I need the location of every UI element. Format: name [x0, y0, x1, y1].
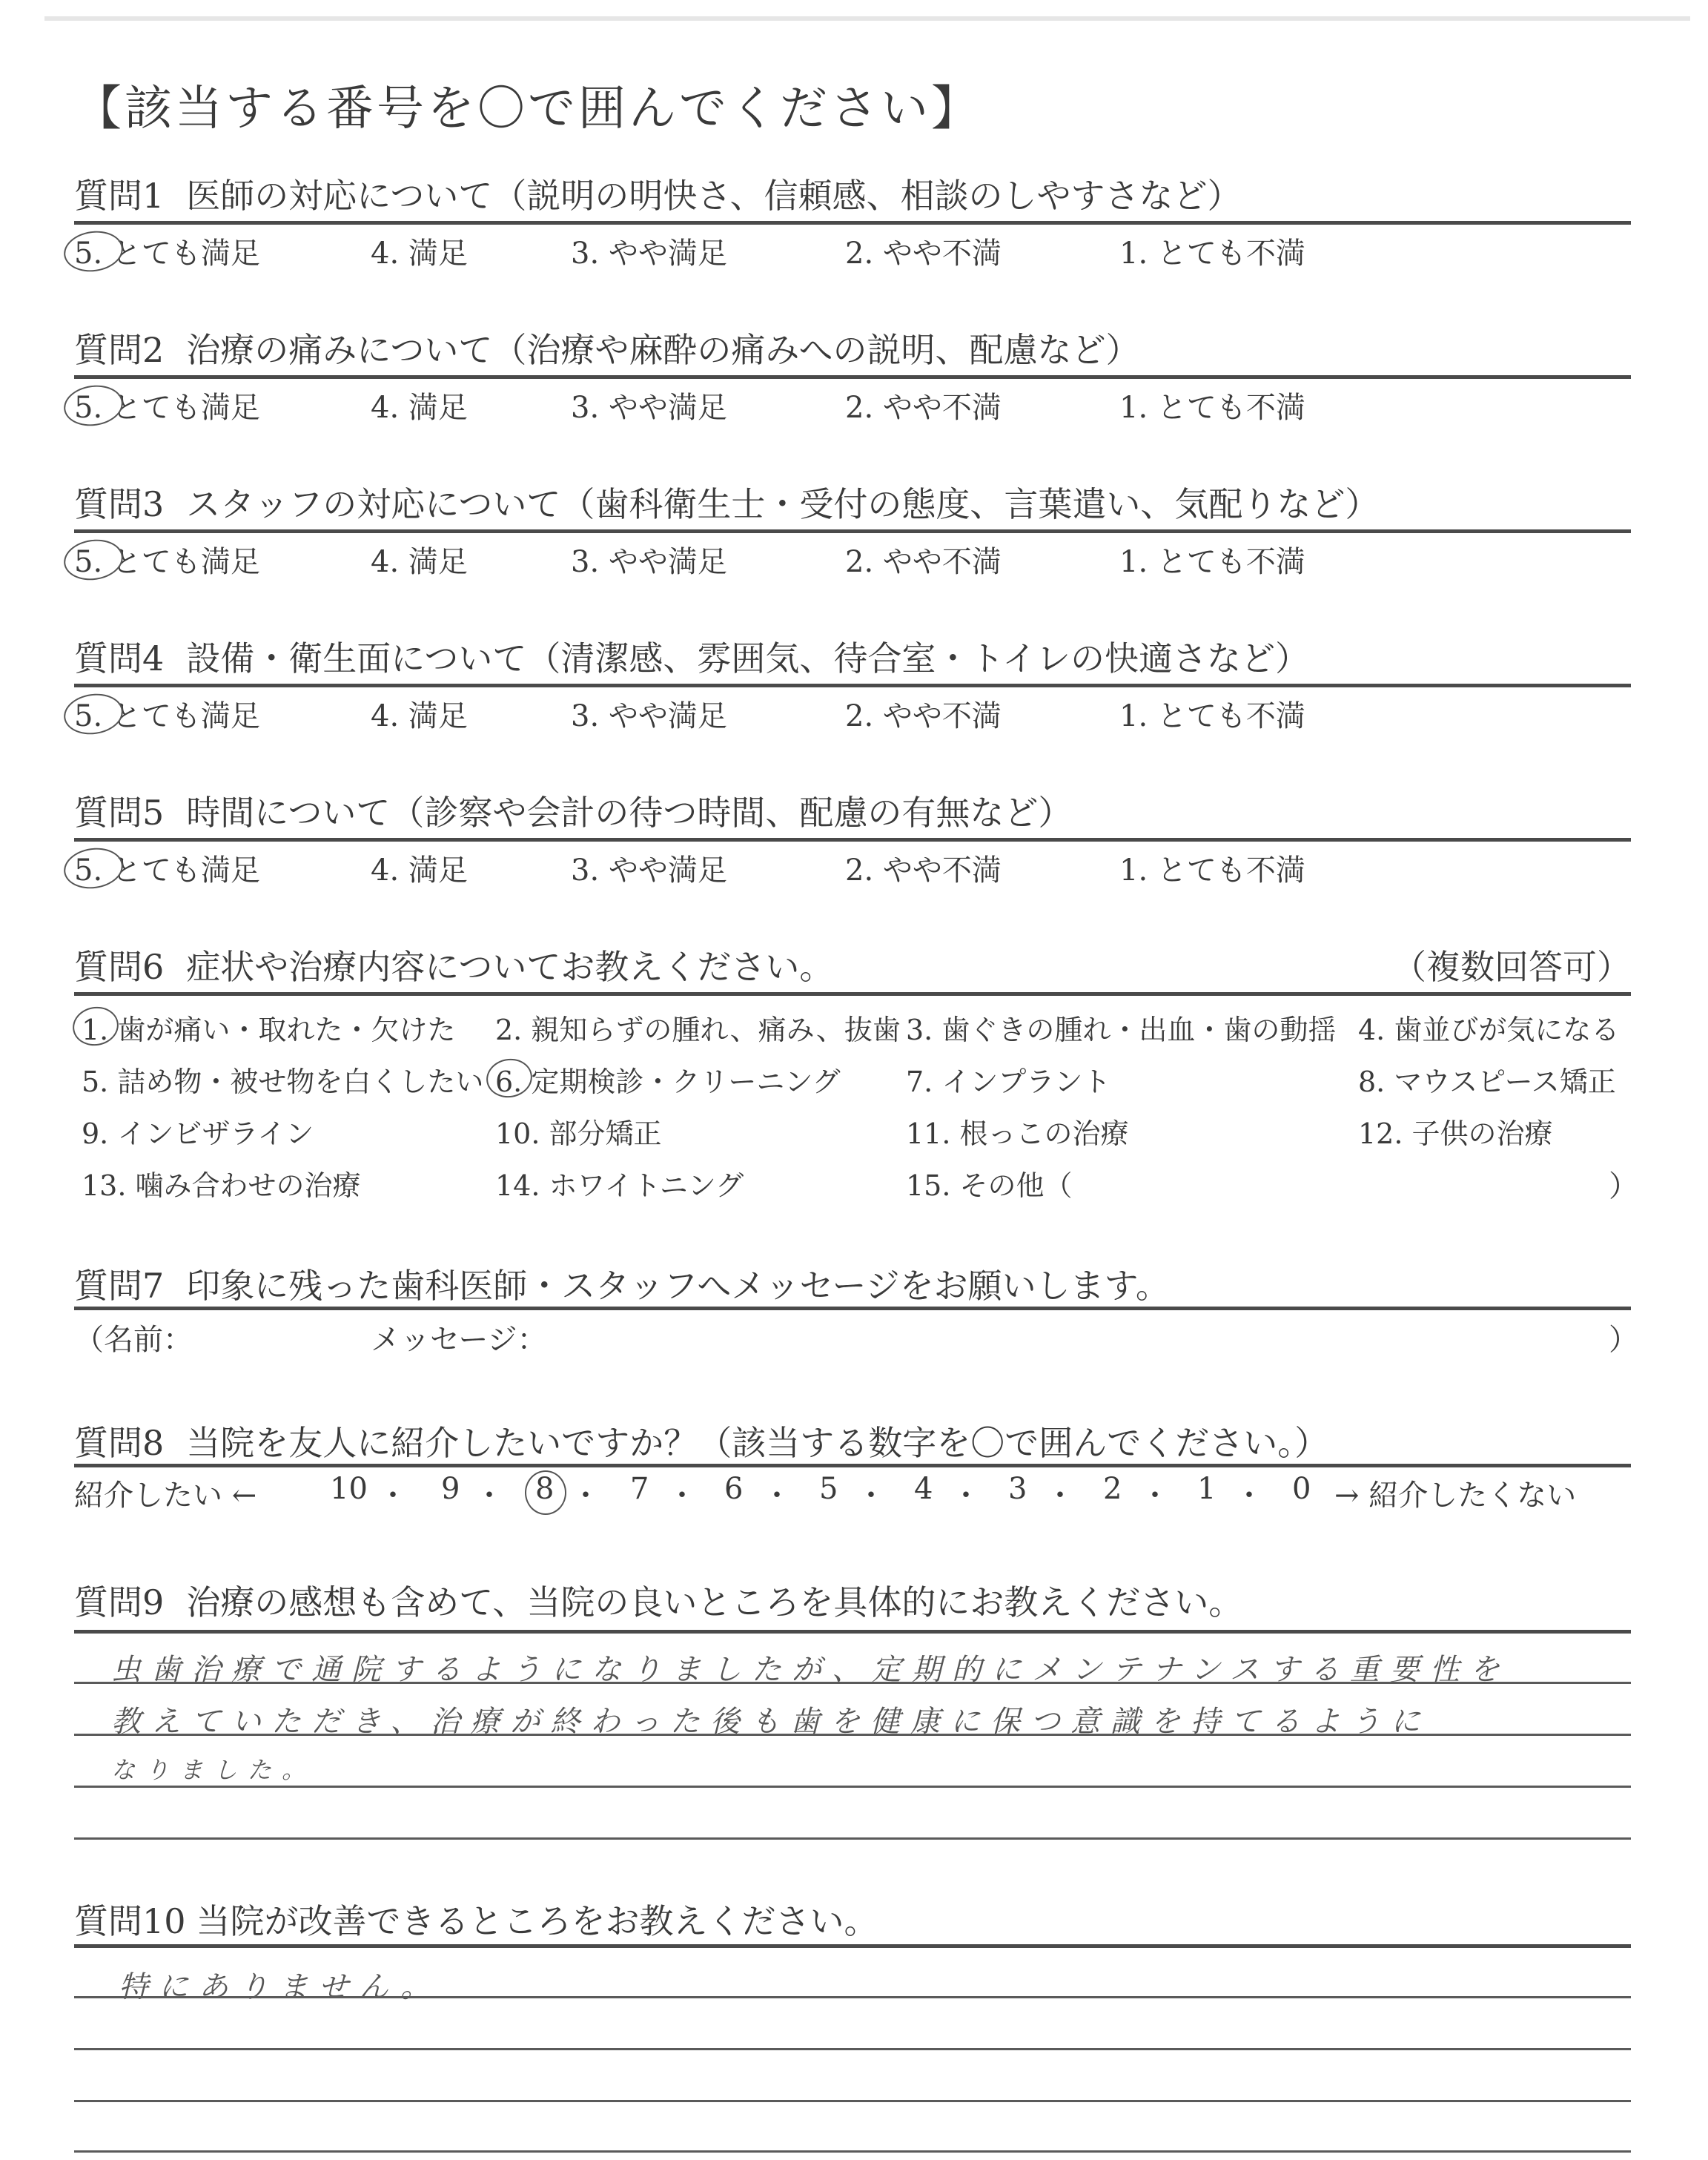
rating-row: 5. とても満足 4. 満足 3. やや満足 2. やや不満 1. とても不満 [74, 538, 1631, 583]
symptom-option[interactable]: 5. 詰め物・被せ物を白くしたい [82, 1059, 483, 1100]
rating-row: 5. とても満足 4. 満足 3. やや満足 2. やや不満 1. とても不満 [74, 693, 1631, 737]
question-text: 当院が改善できるところをお教えください。 [196, 1901, 878, 1941]
divider [74, 375, 1631, 379]
handwritten-answer-line: 特にありません。 [119, 1964, 440, 2006]
scale-1[interactable]: 1 [1197, 1472, 1216, 1506]
question-text: 時間について（診察や会計の待つ時間、配慮の有無など） [186, 793, 1072, 833]
answer-line [74, 2100, 1631, 2102]
question-text: 医師の対応について（説明の明快さ、信頼感、相談のしやすさなど） [186, 176, 1241, 216]
scale-6[interactable]: 6 [724, 1472, 743, 1506]
close-paren: ） [1609, 1163, 1638, 1205]
symptom-option[interactable]: 13. 噛み合わせの治療 [82, 1163, 361, 1203]
answer-line [74, 1734, 1631, 1736]
symptom-option[interactable]: 10. 部分矯正 [495, 1111, 662, 1152]
option-1[interactable]: 1. とても不満 [1119, 538, 1305, 581]
scale-0[interactable]: 0 [1292, 1472, 1311, 1506]
question-text: 治療の感想も含めて、当院の良いところを具体的にお教えください。 [186, 1582, 1242, 1622]
question-text: スタッフの対応について（歯科衛生士・受付の態度、言葉遣い、気配りなど） [186, 484, 1379, 524]
question-text: 設備・衛生面について（清潔感、雰囲気、待合室・トイレの快適さなど） [186, 638, 1309, 678]
divider [74, 1307, 1631, 1310]
symptom-option-selected[interactable]: 6. 定期検診・クリーニング [495, 1059, 841, 1100]
option-2[interactable]: 2. やや不満 [845, 538, 1002, 581]
divider [74, 992, 1631, 996]
symptom-option[interactable]: 14. ホワイトニング [495, 1163, 744, 1203]
scale-5[interactable]: 5 [819, 1472, 838, 1506]
option-4[interactable]: 4. 満足 [371, 538, 468, 581]
scale-4[interactable]: 4 [914, 1472, 933, 1506]
option-3[interactable]: 3. やや満足 [571, 693, 727, 735]
option-3[interactable]: 3. やや満足 [571, 384, 727, 426]
symptom-option[interactable]: 8. マウスピース矯正 [1358, 1059, 1616, 1100]
symptom-option[interactable]: 3. 歯ぐきの腫れ・出血・歯の動揺 [906, 1007, 1336, 1048]
question-number: 質問9 [74, 1582, 164, 1622]
scale-right-label: → 紹介したくない [1334, 1472, 1576, 1514]
divider [74, 529, 1631, 533]
question-text: 症状や治療内容についてお教えください。 [186, 947, 833, 987]
rating-row: 5. とても満足 4. 満足 3. やや満足 2. やや不満 1. とても不満 [74, 384, 1631, 429]
scale-7[interactable]: 7 [630, 1472, 649, 1506]
divider [74, 1630, 1631, 1634]
option-4[interactable]: 4. 満足 [371, 847, 468, 889]
option-5-selected[interactable]: 5. とても満足 [74, 538, 260, 581]
close-paren: ） [1609, 1316, 1638, 1358]
answer-line [74, 2048, 1631, 2050]
option-1[interactable]: 1. とても不満 [1119, 847, 1305, 889]
question-number: 質問6 [74, 947, 164, 987]
scale-8-selected[interactable]: 8 [535, 1472, 554, 1506]
option-5-selected[interactable]: 5. とても満足 [74, 693, 260, 735]
question-number: 質問8 [74, 1423, 164, 1463]
scale-9[interactable]: 9 [441, 1472, 460, 1506]
question-text: 治療の痛みについて（治療や麻酔の痛みへの説明、配慮など） [186, 330, 1139, 370]
option-5-selected[interactable]: 5. とても満足 [74, 384, 260, 426]
option-2[interactable]: 2. やや不満 [845, 384, 1002, 426]
symptom-option[interactable]: 11. 根っこの治療 [906, 1111, 1129, 1152]
handwritten-answer-line: なりました。 [111, 1751, 316, 1786]
answer-line [74, 1682, 1631, 1684]
symptom-option[interactable]: 12. 子供の治療 [1358, 1111, 1553, 1152]
option-1[interactable]: 1. とても不満 [1119, 230, 1305, 272]
divider [74, 1464, 1631, 1467]
rating-row: 5. とても満足 4. 満足 3. やや満足 2. やや不満 1. とても不満 [74, 230, 1631, 274]
option-3[interactable]: 3. やや満足 [571, 230, 727, 272]
question-number: 質問4 [74, 638, 164, 678]
question-number: 質問5 [74, 793, 164, 833]
option-1[interactable]: 1. とても不満 [1119, 384, 1305, 426]
question-number: 質問2 [74, 330, 164, 370]
divider [74, 684, 1631, 687]
scale-2[interactable]: 2 [1103, 1472, 1122, 1506]
symptom-option[interactable]: 9. インビザライン [82, 1111, 314, 1152]
message-label: メッセージ： [371, 1316, 547, 1358]
option-4[interactable]: 4. 満足 [371, 230, 468, 272]
multiple-answers-note: （複数回答可） [1392, 940, 1631, 989]
scan-top-edge [44, 16, 1690, 21]
option-2[interactable]: 2. やや不満 [845, 230, 1002, 272]
option-5-selected[interactable]: 5. とても満足 [74, 230, 260, 272]
divider [74, 838, 1631, 842]
option-4[interactable]: 4. 満足 [371, 384, 468, 426]
question-number: 質問1 [74, 176, 164, 216]
scale-3[interactable]: 3 [1008, 1472, 1027, 1506]
option-3[interactable]: 3. やや満足 [571, 847, 727, 889]
question-number: 質問3 [74, 484, 164, 524]
option-3[interactable]: 3. やや満足 [571, 538, 727, 581]
symptom-option[interactable]: 7. インプラント [906, 1059, 1110, 1100]
divider [74, 221, 1631, 225]
option-5-selected[interactable]: 5. とても満足 [74, 847, 260, 889]
option-2[interactable]: 2. やや不満 [845, 847, 1002, 889]
rating-row: 5. とても満足 4. 満足 3. やや満足 2. やや不満 1. とても不満 [74, 847, 1631, 891]
scale-left-label: 紹介したい ← [74, 1472, 256, 1514]
symptom-option-selected[interactable]: 1. 歯が痛い・取れた・欠けた [82, 1007, 455, 1048]
scale-10[interactable]: 10 [330, 1472, 368, 1506]
question-text: 印象に残った歯科医師・スタッフへメッセージをお願いします。 [186, 1266, 1170, 1306]
option-4[interactable]: 4. 満足 [371, 693, 468, 735]
answer-line [74, 2150, 1631, 2153]
symptom-option[interactable]: 2. 親知らずの腫れ、痛み、抜歯 [495, 1007, 901, 1048]
divider [74, 1944, 1631, 1948]
answer-line [74, 1996, 1631, 1998]
option-1[interactable]: 1. とても不満 [1119, 693, 1305, 735]
question-number: 質問7 [74, 1266, 164, 1306]
answer-line [74, 1786, 1631, 1788]
symptom-option[interactable]: 4. 歯並びが気になる [1358, 1007, 1619, 1048]
answer-line [74, 1837, 1631, 1840]
name-label: （名前： [74, 1316, 193, 1358]
page-title: 【該当する番号を〇で囲んでください】 [74, 70, 982, 139]
option-2[interactable]: 2. やや不満 [845, 693, 1002, 735]
question-text: 当院を友人に紹介したいですか？（該当する数字を〇で囲んでください。） [186, 1423, 1328, 1463]
question-number: 質問10 [74, 1901, 186, 1941]
symptom-option-other[interactable]: 15. その他（ [906, 1163, 1073, 1203]
